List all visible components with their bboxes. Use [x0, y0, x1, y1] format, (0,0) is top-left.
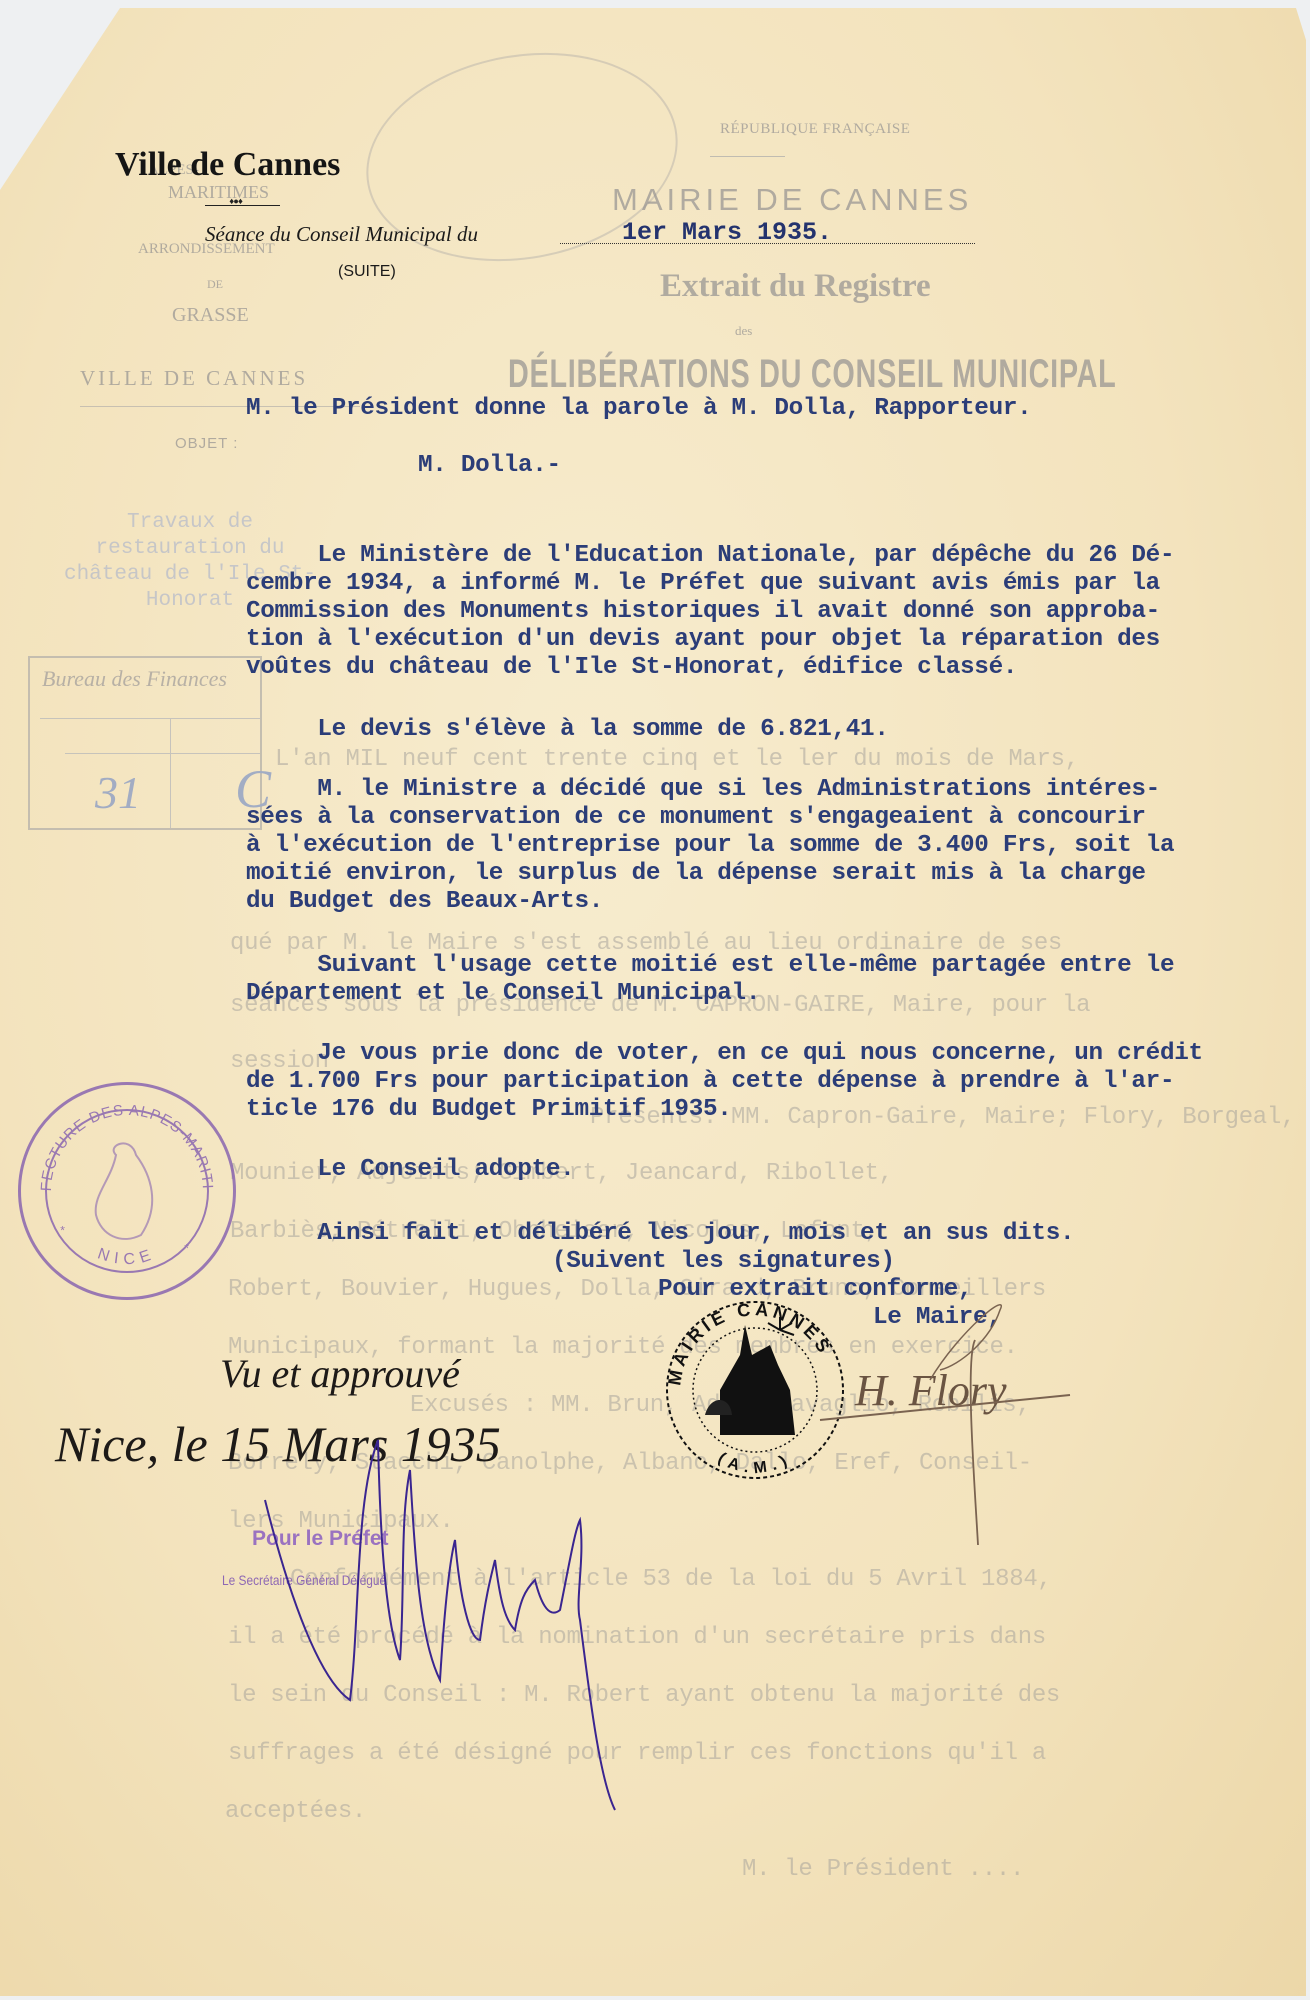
prefet-signature-icon	[0, 0, 1310, 2000]
document-page: RÉPUBLIQUE FRANÇAISE MAIRIE DE CANNES Ex…	[0, 0, 1310, 2000]
